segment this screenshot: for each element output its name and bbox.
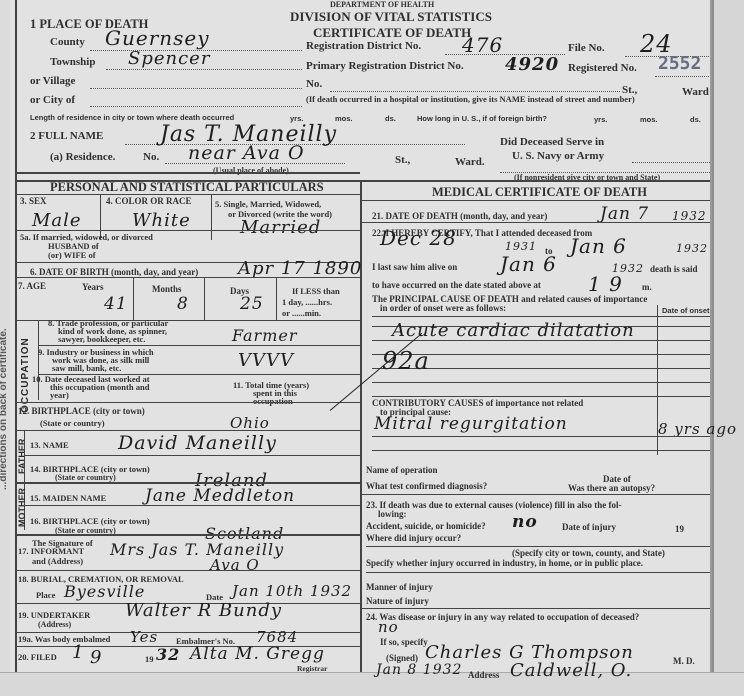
birthplace-label-1: 12. BIRTHPLACE (city or town) bbox=[18, 406, 145, 416]
hospital-note: (If death occurred in a hospital or inst… bbox=[306, 94, 635, 104]
time-of-death-value: 1 9 bbox=[588, 272, 623, 296]
sex-label: 3. SEX bbox=[20, 196, 47, 206]
trade-label-3: sawyer, bookkeeper, etc. bbox=[58, 334, 145, 344]
attended-to-year: 1932 bbox=[676, 242, 708, 255]
divider bbox=[15, 277, 360, 278]
informant-label-2: 17. INFORMANT bbox=[18, 546, 84, 556]
father-birthplace-label-2: (State or country) bbox=[55, 473, 116, 482]
scan-bottom-margin bbox=[0, 672, 744, 696]
file-no-label: File No. bbox=[568, 42, 605, 54]
divider bbox=[366, 572, 710, 573]
undertaker-address-label: (Address) bbox=[38, 620, 71, 629]
last-saw-value: Jan 6 bbox=[500, 252, 557, 276]
divider bbox=[366, 546, 710, 547]
manner-label: Manner of injury bbox=[366, 582, 433, 592]
divider bbox=[15, 230, 360, 231]
signed-date-value: Jan 8 1932 bbox=[376, 662, 462, 678]
registered-no-line bbox=[655, 76, 709, 77]
divider bbox=[15, 194, 360, 195]
operation-label: Name of operation bbox=[366, 465, 438, 475]
birthplace-label-2: (State or country) bbox=[40, 418, 105, 428]
personal-heading: PERSONAL AND STATISTICAL PARTICULARS bbox=[50, 180, 324, 195]
medical-heading: MEDICAL CERTIFICATE OF DEATH bbox=[432, 185, 647, 200]
dob-value: Apr 17 1890 bbox=[238, 258, 362, 279]
primary-district-label: Primary Registration District No. bbox=[306, 60, 464, 72]
divider bbox=[15, 402, 360, 403]
divider bbox=[204, 277, 205, 320]
less-than-label-1: If LESS than bbox=[292, 286, 340, 296]
embalmed-value: Yes bbox=[130, 628, 158, 646]
residence-ward-label: Ward. bbox=[455, 156, 485, 168]
divider bbox=[38, 345, 360, 346]
county-label: County bbox=[50, 36, 85, 48]
date-of-onset-label: Date of onset bbox=[662, 306, 710, 315]
village-label: or Village bbox=[30, 75, 75, 87]
foreign-mos-label: mos. bbox=[640, 115, 658, 124]
full-name-label: 2 FULL NAME bbox=[30, 130, 103, 142]
registered-no-label: Registered No. bbox=[568, 62, 637, 74]
city-line bbox=[90, 106, 302, 107]
primary-district-value: 4920 bbox=[505, 54, 559, 75]
residence-st-label: St., bbox=[395, 154, 410, 166]
filed-month-value: 1 bbox=[72, 642, 84, 663]
m-label: m. bbox=[642, 282, 652, 292]
divider bbox=[15, 172, 360, 174]
sex-value: Male bbox=[32, 210, 82, 231]
attended-from-value: Dec 28 bbox=[380, 226, 457, 250]
township-label: Township bbox=[50, 56, 95, 68]
foreign-ds-label: ds. bbox=[690, 115, 701, 124]
divider bbox=[15, 570, 360, 571]
county-value: Guernsey bbox=[105, 26, 210, 50]
age-years-value: 41 bbox=[104, 294, 128, 314]
divider bbox=[38, 320, 39, 400]
filed-label: 20. FILED bbox=[18, 652, 57, 662]
cause-line bbox=[372, 382, 710, 383]
date-of-death-value: Jan 7 bbox=[600, 204, 649, 224]
date-of-death-year: 1932 bbox=[672, 209, 707, 223]
divider bbox=[133, 277, 134, 320]
registrar-label: Registrar bbox=[297, 664, 327, 673]
navy-army-label-2: U. S. Navy or Army bbox=[512, 150, 604, 162]
age-months-value: 8 bbox=[177, 294, 189, 314]
diagnosis-label: What test confirmed diagnosis? bbox=[366, 481, 487, 491]
divider bbox=[360, 494, 710, 495]
residence-no-label: No. bbox=[143, 151, 159, 163]
certificate-title: CERTIFICATE OF DEATH bbox=[313, 25, 471, 41]
occurred-label: to have occurred on the date stated abov… bbox=[372, 280, 541, 290]
registration-district-value: 476 bbox=[462, 33, 503, 57]
foreign-yrs-label: yrs. bbox=[594, 115, 607, 124]
divider bbox=[24, 455, 360, 456]
last-worked-label-3: year) bbox=[50, 390, 69, 400]
township-line bbox=[106, 69, 302, 70]
mother-birthplace-label-1: 16. BIRTHPLACE (city or town) bbox=[30, 516, 150, 526]
occupation-related-value: no bbox=[378, 618, 399, 636]
industry-label-3: saw mill, bank, etc. bbox=[52, 363, 121, 373]
marital-value: Married bbox=[240, 217, 321, 238]
divider bbox=[15, 632, 360, 633]
divider bbox=[24, 505, 360, 506]
age-days-value: 25 bbox=[240, 294, 264, 314]
divider bbox=[276, 277, 277, 320]
divider bbox=[15, 482, 360, 484]
divider bbox=[15, 430, 360, 431]
principal-label-2: in order of onset were as follows: bbox=[380, 303, 506, 313]
navy-army-label-1: Did Deceased Serve in bbox=[500, 136, 604, 148]
industry-value: VVVV bbox=[238, 350, 294, 371]
informant-address-value: Ava O bbox=[210, 556, 260, 574]
accident-label: Accident, suicide, or homicide? bbox=[366, 521, 486, 531]
marital-label-1: 5. Single, Married, Widowed, bbox=[215, 199, 321, 209]
embalmed-label: 19a. Was body embalmed bbox=[18, 634, 110, 644]
column-divider bbox=[360, 180, 362, 672]
adjacent-page-edge bbox=[712, 0, 744, 696]
burial-place-value: Byesville bbox=[64, 582, 145, 601]
mother-maiden-value: Jane Meddleton bbox=[145, 486, 295, 506]
less-than-label-3: or ......min. bbox=[282, 308, 321, 318]
total-time-label-3: occupation bbox=[253, 396, 293, 406]
cause-line bbox=[372, 396, 710, 397]
death-certificate-scan: ...directions on back of certificate. DE… bbox=[0, 0, 744, 696]
trade-value: Farmer bbox=[232, 326, 298, 345]
external-label-2: lowing: bbox=[378, 509, 407, 519]
divider bbox=[360, 222, 710, 223]
dob-label: 6. DATE OF BIRTH (month, day, and year) bbox=[30, 267, 198, 277]
physician-address-value: Caldwell, O. bbox=[510, 660, 632, 681]
months-label: Months bbox=[152, 284, 182, 294]
father-name-value: David Maneilly bbox=[118, 432, 277, 454]
occupation-related-label: 24. Was disease or injury in any way rel… bbox=[366, 612, 639, 622]
autopsy-label: Was there an autopsy? bbox=[568, 483, 655, 493]
injury-year-label: 19 bbox=[675, 524, 684, 534]
injury-where-label: Where did injury occur? bbox=[366, 533, 461, 543]
contributory-cause-value: Mitral regurgitation bbox=[374, 414, 568, 434]
injury-date-label: Date of injury bbox=[562, 522, 616, 532]
cause-line bbox=[372, 436, 710, 437]
divider bbox=[360, 200, 710, 201]
village-line bbox=[90, 88, 302, 89]
foreign-birth-label: How long in U. S., if of foreign birth? bbox=[417, 114, 547, 123]
street-ward-label: Ward bbox=[682, 86, 709, 98]
last-saw-label: I last saw him alive on bbox=[372, 262, 457, 272]
divider bbox=[211, 194, 212, 240]
date-of-death-label: 21. DATE OF DEATH (month, day, and year) bbox=[372, 211, 547, 221]
length-mos-label: mos. bbox=[335, 114, 353, 123]
residence-label: (a) Residence. bbox=[50, 151, 115, 163]
length-ds-label: ds. bbox=[385, 114, 396, 123]
race-value: White bbox=[132, 210, 191, 231]
township-value: Spencer bbox=[128, 48, 210, 69]
registrar-signature: Alta M. Gregg bbox=[190, 644, 325, 664]
undertaker-label: 19. UNDERTAKER bbox=[18, 610, 90, 620]
nature-label: Nature of injury bbox=[366, 596, 429, 606]
attended-to-value: Jan 6 bbox=[570, 234, 627, 258]
father-name-label: 13. NAME bbox=[30, 440, 69, 450]
registered-no-stamp: 2552 bbox=[658, 53, 701, 74]
mother-maiden-label: 15. MAIDEN NAME bbox=[30, 493, 106, 503]
division-title: DIVISION OF VITAL STATISTICS bbox=[290, 9, 492, 25]
department-label: DEPARTMENT OF HEALTH bbox=[330, 0, 434, 9]
md-label: M. D. bbox=[673, 656, 695, 666]
divider bbox=[372, 316, 710, 317]
principal-cause-value: Acute cardiac dilatation bbox=[392, 320, 635, 341]
street-no-label: No. bbox=[306, 78, 322, 90]
undertaker-value: Walter R Bundy bbox=[125, 600, 282, 621]
informant-label-3: and (Address) bbox=[32, 556, 83, 566]
margin-note: ...directions on back of certificate. bbox=[0, 150, 14, 490]
divider bbox=[15, 534, 360, 536]
registration-district-label: Registration District No. bbox=[306, 40, 421, 52]
specify-industry-label: Specify whether injury occurred in indus… bbox=[366, 558, 643, 568]
cause-line bbox=[372, 450, 710, 451]
burial-date-value: Jan 10th 1932 bbox=[232, 582, 352, 600]
divider bbox=[360, 608, 710, 609]
race-label: 4. COLOR OR RACE bbox=[106, 196, 192, 206]
navy-army-line bbox=[632, 162, 710, 163]
spouse-label-3: (or) WIFE of bbox=[48, 250, 96, 260]
accident-value: no bbox=[512, 512, 538, 532]
residence-value: near Ava O bbox=[188, 142, 305, 164]
burial-place-label: Place bbox=[36, 590, 55, 600]
left-border bbox=[15, 0, 17, 672]
address-label: Address bbox=[468, 670, 499, 680]
city-label: or City of bbox=[30, 94, 75, 106]
filed-day-value: 9 bbox=[90, 647, 102, 668]
filed-year-prefix: 19 bbox=[145, 654, 154, 664]
street-line bbox=[330, 91, 620, 92]
if-so-label: If so, specify bbox=[380, 637, 428, 647]
less-than-label-2: 1 day, ......hrs. bbox=[282, 297, 332, 307]
specify-place-note: (Specify city or town, county, and State… bbox=[512, 548, 665, 558]
length-residence-label: Length of residence in city or town wher… bbox=[30, 113, 234, 122]
filed-year-value: 32 bbox=[156, 645, 180, 664]
years-label: Years bbox=[82, 282, 104, 292]
age-label: 7. AGE bbox=[18, 281, 46, 291]
death-said-label: death is said bbox=[650, 264, 698, 274]
